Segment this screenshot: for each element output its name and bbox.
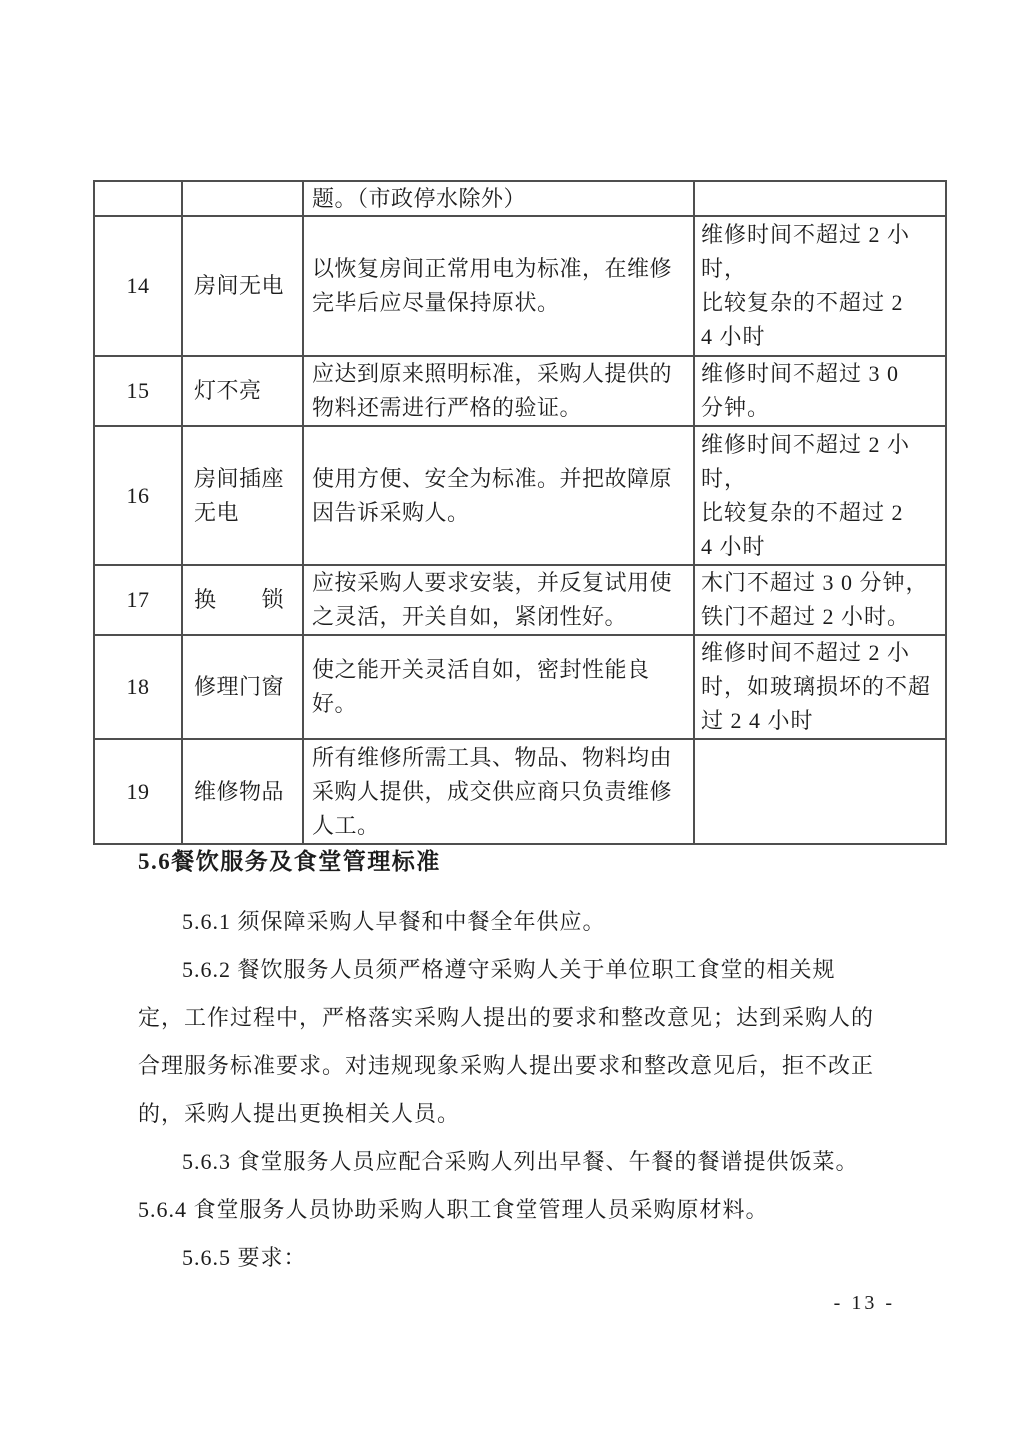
section-5-6: 5.6餐饮服务及食堂管理标准 5.6.1 须保障采购人早餐和中餐全年供应。 5.… xyxy=(138,838,906,1282)
cell-time-limit xyxy=(694,181,946,216)
cell-time-limit: 维修时间不超过 2 小 时，如玻璃损坏的不超 过 2 4 小时 xyxy=(694,635,946,739)
cell-time-limit: 维修时间不超过 3 0 分钟。 xyxy=(694,356,946,426)
cell-number: 17 xyxy=(94,565,182,635)
cell-time-limit: 木门不超过 3 0 分钟， 铁门不超过 2 小时。 xyxy=(694,565,946,635)
paragraph-5-6-2: 5.6.2 餐饮服务人员须严格遵守采购人关于单位职工食堂的相关规 定，工作过程中… xyxy=(138,946,906,1138)
cell-item: 修理门窗 xyxy=(182,635,303,739)
table-row: 14 房间无电 以恢复房间正常用电为标准，在维修 完毕后应尽量保持原状。 维修时… xyxy=(94,216,946,356)
cell-number: 15 xyxy=(94,356,182,426)
cell-standard: 使用方便、安全为标准。并把故障原 因告诉采购人。 xyxy=(303,426,694,565)
cell-time-limit xyxy=(694,739,946,844)
cell-standard: 所有维修所需工具、物品、物料均由 采购人提供，成交供应商只负责维修 人工。 xyxy=(303,739,694,844)
table-row: 15 灯不亮 应达到原来照明标准，采购人提供的 物料还需进行严格的验证。 维修时… xyxy=(94,356,946,426)
cell-item: 灯不亮 xyxy=(182,356,303,426)
page-number: - 13 - xyxy=(834,1292,895,1315)
row-number: 18 xyxy=(127,674,150,699)
maintenance-standards-table: 题。（市政停水除外） 14 房间无电 以恢复房间正常用电为标准，在维修 完毕后应… xyxy=(93,180,947,845)
row-number: 16 xyxy=(127,483,150,508)
cell-number: 19 xyxy=(94,739,182,844)
cell-item: 房间插座 无电 xyxy=(182,426,303,565)
table-row: 19 维修物品 所有维修所需工具、物品、物料均由 采购人提供，成交供应商只负责维… xyxy=(94,739,946,844)
standard-text: 所有维修所需工具、物品、物料均由 采购人提供，成交供应商只负责维修 人工。 xyxy=(312,745,672,838)
section-heading: 5.6餐饮服务及食堂管理标准 xyxy=(138,838,906,886)
table-row: 18 修理门窗 使之能开关灵活自如，密封性能良 好。 维修时间不超过 2 小 时… xyxy=(94,635,946,739)
cell-standard: 题。（市政停水除外） xyxy=(303,181,694,216)
paragraph-5-6-3: 5.6.3 食堂服务人员应配合采购人列出早餐、午餐的餐谱提供饭菜。 xyxy=(138,1138,906,1186)
document-page: 题。（市政停水除外） 14 房间无电 以恢复房间正常用电为标准，在维修 完毕后应… xyxy=(0,0,1024,1448)
table-row: 16 房间插座 无电 使用方便、安全为标准。并把故障原 因告诉采购人。 维修时间… xyxy=(94,426,946,565)
table-row: 题。（市政停水除外） xyxy=(94,181,946,216)
paragraph-5-6-5: 5.6.5 要求： xyxy=(138,1234,906,1282)
standard-text: 使之能开关灵活自如，密封性能良 好。 xyxy=(312,657,650,716)
item-name: 房间插座 无电 xyxy=(194,466,284,525)
time-limit-text: 维修时间不超过 2 小 时，如玻璃损坏的不超 过 2 4 小时 xyxy=(701,640,931,733)
time-limit-text: 维修时间不超过 2 小 时， 比较复杂的不超过 2 4 小时 xyxy=(701,432,910,559)
cell-item xyxy=(182,181,303,216)
time-limit-text: 维修时间不超过 2 小 时， 比较复杂的不超过 2 4 小时 xyxy=(701,222,910,349)
cell-standard: 以恢复房间正常用电为标准，在维修 完毕后应尽量保持原状。 xyxy=(303,216,694,356)
item-name: 房间无电 xyxy=(194,273,284,298)
paragraph-5-6-1: 5.6.1 须保障采购人早餐和中餐全年供应。 xyxy=(138,898,906,946)
standard-text: 应按采购人要求安装，并反复试用使 之灵活，开关自如，紧闭性好。 xyxy=(312,570,672,629)
cell-standard: 应达到原来照明标准，采购人提供的 物料还需进行严格的验证。 xyxy=(303,356,694,426)
table-row: 17 换 锁 应按采购人要求安装，并反复试用使 之灵活，开关自如，紧闭性好。 木… xyxy=(94,565,946,635)
item-name: 修理门窗 xyxy=(194,674,284,699)
standard-text: 应达到原来照明标准，采购人提供的 物料还需进行严格的验证。 xyxy=(312,361,672,420)
time-limit-text: 维修时间不超过 3 0 分钟。 xyxy=(701,361,899,420)
row-number: 19 xyxy=(127,779,150,804)
item-name: 灯不亮 xyxy=(194,378,262,403)
item-name: 维修物品 xyxy=(194,779,284,804)
row-number: 17 xyxy=(127,587,150,612)
row-number: 15 xyxy=(127,378,150,403)
time-limit-text: 木门不超过 3 0 分钟， 铁门不超过 2 小时。 xyxy=(701,570,929,629)
cell-number: 16 xyxy=(94,426,182,565)
cell-item: 房间无电 xyxy=(182,216,303,356)
standard-text: 以恢复房间正常用电为标准，在维修 完毕后应尽量保持原状。 xyxy=(312,256,672,315)
cell-number: 14 xyxy=(94,216,182,356)
cell-time-limit: 维修时间不超过 2 小 时， 比较复杂的不超过 2 4 小时 xyxy=(694,426,946,565)
cell-number xyxy=(94,181,182,216)
cell-number: 18 xyxy=(94,635,182,739)
item-name: 换 锁 xyxy=(194,587,284,612)
cell-standard: 使之能开关灵活自如，密封性能良 好。 xyxy=(303,635,694,739)
paragraph-5-6-4: 5.6.4 食堂服务人员协助采购人职工食堂管理人员采购原材料。 xyxy=(138,1186,906,1234)
cell-item: 换 锁 xyxy=(182,565,303,635)
cell-standard: 应按采购人要求安装，并反复试用使 之灵活，开关自如，紧闭性好。 xyxy=(303,565,694,635)
standard-text: 使用方便、安全为标准。并把故障原 因告诉采购人。 xyxy=(312,466,672,525)
cell-time-limit: 维修时间不超过 2 小 时， 比较复杂的不超过 2 4 小时 xyxy=(694,216,946,356)
standard-text: 题。（市政停水除外） xyxy=(312,186,526,211)
row-number: 14 xyxy=(127,273,150,298)
cell-item: 维修物品 xyxy=(182,739,303,844)
